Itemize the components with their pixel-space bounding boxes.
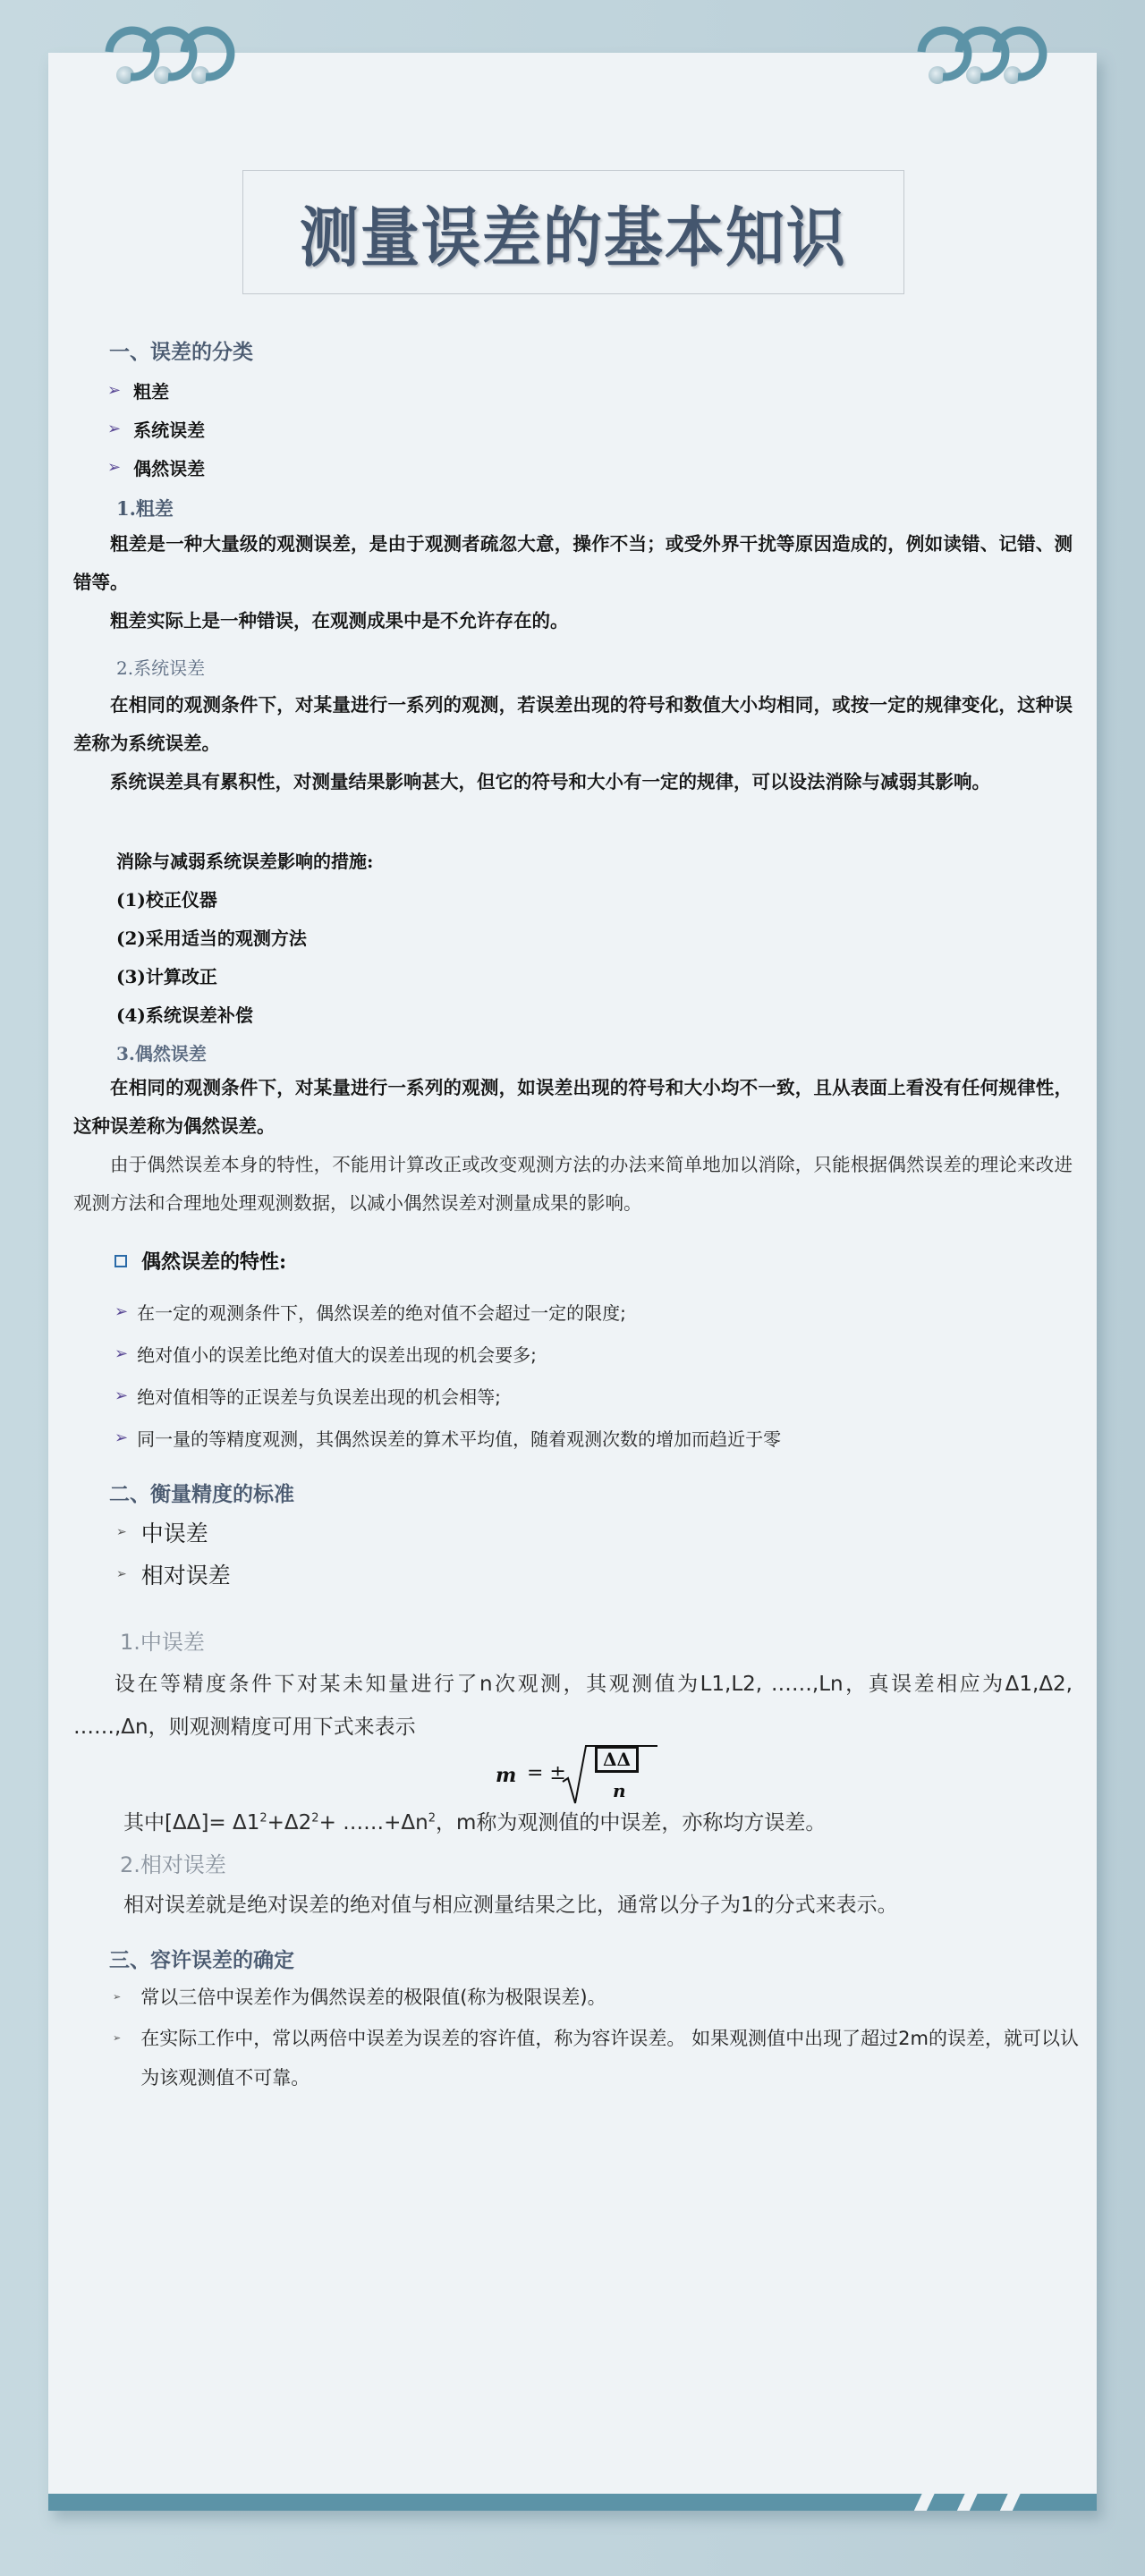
arrow-bullet-icon: ➢: [107, 381, 121, 400]
list-item: ➢ 粗差: [107, 377, 169, 403]
arrow-bullet-icon: ➢: [116, 1525, 127, 1539]
arrow-bullet-icon: ➢: [107, 419, 121, 438]
subheading-random-error: 3.偶然误差: [116, 1039, 207, 1065]
list-item: ➢ 同一量的等精度观测，其偶然误差的算术平均值，随着观测次数的增加而趋近于零: [114, 1425, 781, 1451]
subheading-relative-error: 2.相对误差: [120, 1847, 226, 1878]
list-item: ➢ 系统误差: [107, 416, 205, 442]
arrow-bullet-icon: ➢: [114, 1344, 128, 1363]
list-item: ➢ 相对误差: [116, 1558, 231, 1590]
paragraph: 其中[ΔΔ]= Δ12+Δ22+ ……+Δn2，m称为观测值的中误差，亦称均方误…: [123, 1806, 826, 1835]
measure-item: (1)校正仪器: [116, 885, 217, 911]
section-heading-1: 一、误差的分类: [109, 335, 253, 365]
binder-rings-left-icon: [98, 18, 242, 98]
subheading-mean-square-error: 1.中误差: [120, 1624, 205, 1656]
decorative-stripe: [912, 2494, 935, 2511]
arrow-bullet-icon: ➢: [114, 1386, 128, 1405]
subheading-systematic-error: 2.系统误差: [116, 654, 205, 680]
subheading-gross-error: 1.粗差: [116, 495, 174, 521]
square-bullet-icon: [114, 1255, 127, 1267]
measure-item: (3)计算改正: [116, 962, 217, 988]
arrow-bullet-icon: ➢: [114, 1428, 128, 1447]
list-item: ➢ 在实际工作中，常以两倍中误差为误差的容许值，称为容许误差。 如果观测值中出现…: [113, 2019, 1079, 2097]
paragraph: 粗差实际上是一种错误，在观测成果中是不允许存在的。: [73, 602, 1073, 640]
binder-rings-right-icon: [905, 18, 1048, 98]
page-title: 测量误差的基本知识: [300, 185, 847, 279]
measures-title: 消除与减弱系统误差影响的措施:: [116, 847, 373, 873]
footer-bar: [48, 2494, 1097, 2511]
measure-item: (4)系统误差补偿: [116, 1001, 253, 1027]
traits-title: 偶然误差的特性:: [114, 1247, 286, 1275]
paragraph: 相对误差就是绝对误差的绝对值与相应测量结果之比，通常以分子为1的分式来表示。: [123, 1888, 898, 1918]
arrow-bullet-icon: ➢: [116, 1567, 127, 1581]
list-item: ➢ 绝对值相等的正误差与负误差出现的机会相等;: [114, 1383, 501, 1409]
paragraph: 在相同的观测条件下，对某量进行一系列的观测，若误差出现的符号和数值大小均相同，或…: [73, 686, 1073, 763]
decorative-stripe: [955, 2494, 978, 2511]
paragraph: 系统误差具有累积性，对测量结果影响甚大，但它的符号和大小有一定的规律，可以设法消…: [73, 763, 1073, 801]
paragraph: 设在等精度条件下对某未知量进行了n次观测，其观测值为L1,L2, ……,Ln，真…: [73, 1663, 1073, 1749]
paragraph: 由于偶然误差本身的特性，不能用计算改正或改变观测方法的办法来简单地加以消除，只能…: [73, 1146, 1073, 1223]
section-heading-3: 三、容许误差的确定: [109, 1944, 294, 1973]
mse-formula: m = ± ΔΔ n: [491, 1739, 715, 1810]
list-item: ➢ 常以三倍中误差作为偶然误差的极限值(称为极限误差)。: [113, 1983, 606, 2010]
arrow-bullet-icon: ➢: [113, 2019, 121, 2097]
arrow-bullet-icon: ➢: [107, 458, 121, 477]
title-box: 测量误差的基本知识: [242, 170, 904, 294]
arrow-bullet-icon: ➢: [114, 1302, 128, 1321]
arrow-bullet-icon: ➢: [113, 1991, 121, 2003]
document-page: 测量误差的基本知识 一、误差的分类 ➢ 粗差 ➢ 系统误差 ➢ 偶然误差 1.粗…: [48, 53, 1097, 2511]
decorative-stripe: [998, 2494, 1021, 2511]
list-item: ➢ 绝对值小的误差比绝对值大的误差出现的机会要多;: [114, 1341, 537, 1367]
paragraph: 在相同的观测条件下，对某量进行一系列的观测，如误差出现的符号和大小均不一致，且从…: [73, 1069, 1073, 1146]
list-item: ➢ 在一定的观测条件下，偶然误差的绝对值不会超过一定的限度;: [114, 1299, 626, 1325]
list-item: ➢ 中误差: [116, 1516, 208, 1548]
paragraph: 粗差是一种大量级的观测误差，是由于观测者疏忽大意，操作不当；或受外界干扰等原因造…: [73, 525, 1073, 602]
list-item: ➢ 偶然误差: [107, 454, 205, 480]
section-heading-2: 二、衡量精度的标准: [109, 1478, 294, 1507]
measure-item: (2)采用适当的观测方法: [116, 924, 307, 950]
